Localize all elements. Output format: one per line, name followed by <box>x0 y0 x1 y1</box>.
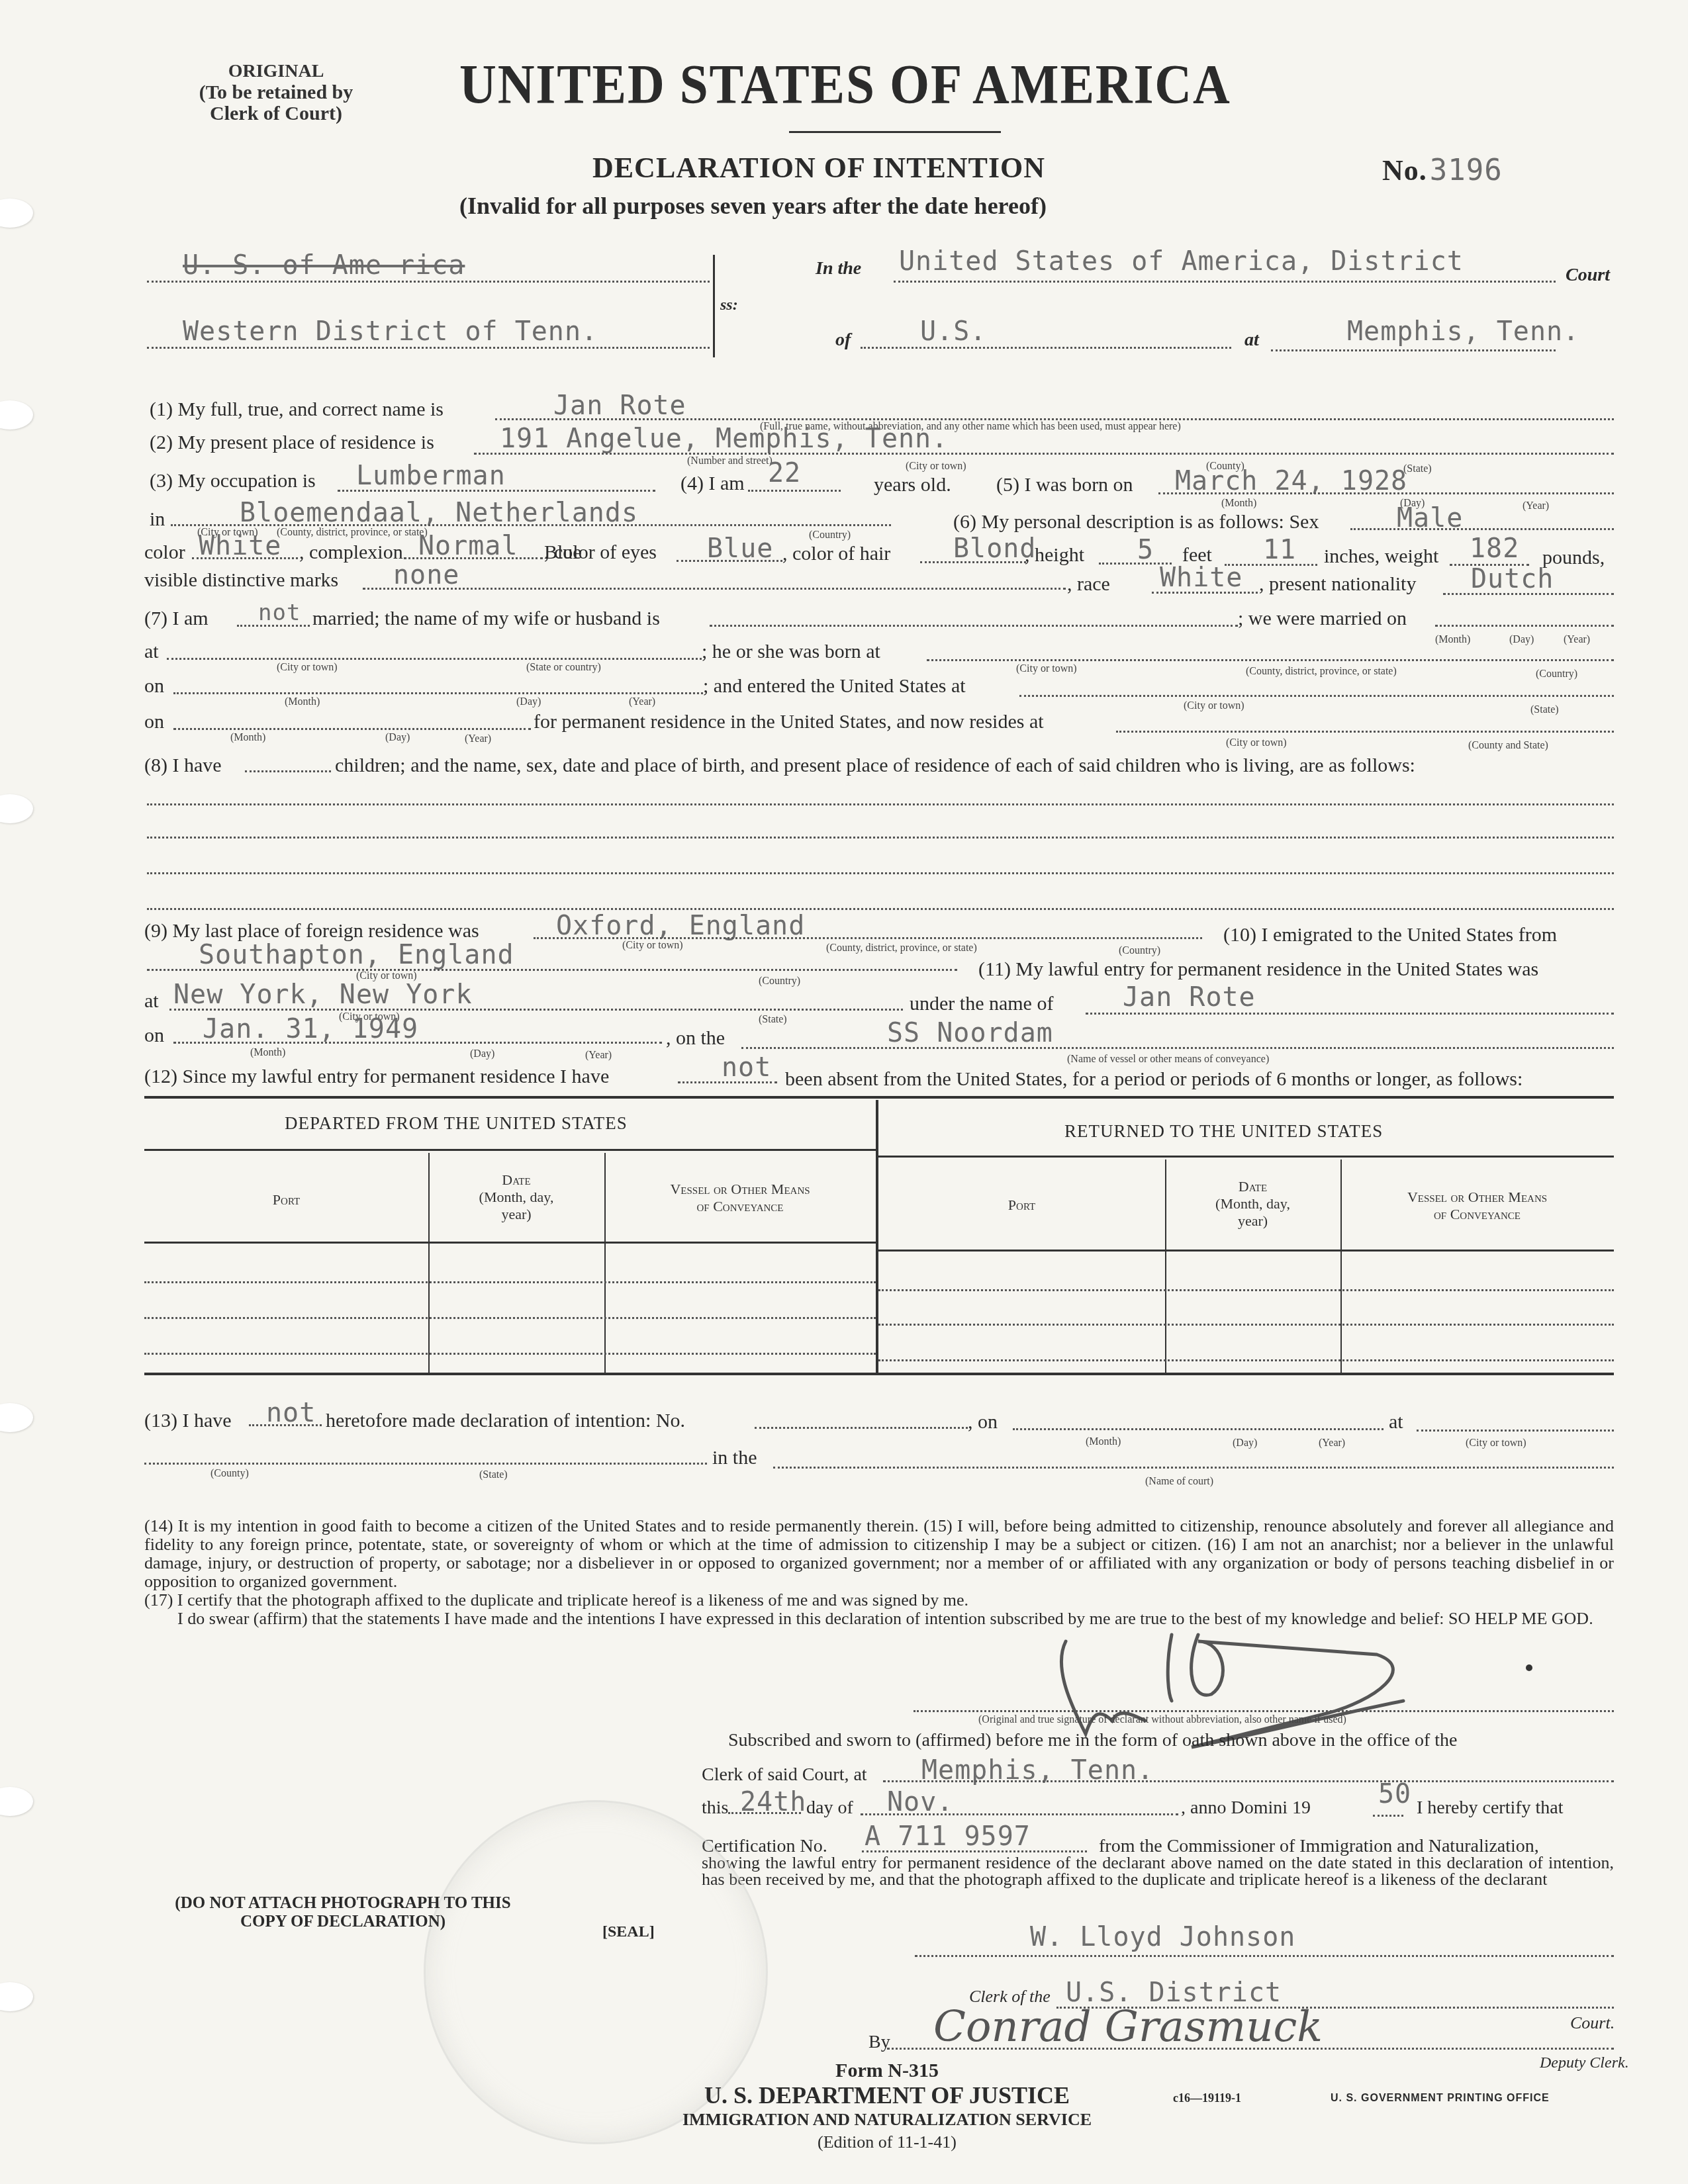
underline <box>237 625 310 627</box>
vessel-title-1: Vessel or Other Means <box>604 1181 876 1198</box>
q13-at: at <box>1389 1411 1403 1433</box>
hair-color-label: , color of hair <box>782 543 890 565</box>
q6-label: (6) My personal description is as follow… <box>953 511 1319 533</box>
q2-label: (2) My present place of residence is <box>150 432 434 454</box>
q3-label: (3) My occupation is <box>150 470 316 492</box>
entry-date-field[interactable]: Jan. 31, 1949 <box>203 1014 418 1044</box>
q1-label: (1) My full, true, and correct name is <box>150 398 444 421</box>
caption: (Day) <box>1233 1437 1257 1449</box>
prior-court-line[interactable] <box>773 1467 1614 1469</box>
number-label: No. <box>1382 154 1427 187</box>
q7-on2: on <box>144 711 164 733</box>
q8-text: children; and the name, sex, date and pl… <box>335 754 1415 777</box>
q4-suffix: years old. <box>874 474 951 496</box>
edition: (Edition of 11-1-41) <box>662 2131 1112 2154</box>
departed-header: DEPARTED FROM THE UNITED STATES <box>285 1113 628 1134</box>
q8-label: (8) I have <box>144 754 222 777</box>
vessel-caption: (Name of vessel or other means of convey… <box>1067 1054 1269 1066</box>
table-center-divider <box>876 1100 878 1373</box>
complexion-label: , complexion <box>299 541 403 564</box>
residence-field[interactable]: 191 Angelue, Memphis, Tenn. <box>500 424 948 454</box>
marriage-place-line[interactable] <box>167 658 702 660</box>
departed-header-rule <box>144 1149 876 1151</box>
underline <box>1158 492 1614 494</box>
absence-field[interactable]: not <box>722 1052 771 1083</box>
underline <box>915 1955 1614 1957</box>
caption: (Day) <box>385 732 410 744</box>
caption: (County) <box>211 1468 249 1480</box>
certification-number-field[interactable]: A 711 9597 <box>865 1821 1031 1852</box>
caption: (City or town) <box>1184 700 1244 712</box>
caption: (Year) <box>465 733 491 745</box>
entry-name-field[interactable]: Jan Rote <box>1123 982 1256 1013</box>
marriage-date-line[interactable] <box>1435 625 1614 627</box>
spouse-residence-date-line[interactable] <box>173 728 531 730</box>
q7-married-on: ; we were married on <box>1238 608 1407 630</box>
underline <box>862 1850 1087 1852</box>
department-name: U. S. DEPARTMENT OF JUSTICE <box>662 2082 1112 2109</box>
number-value: 3196 <box>1430 154 1503 187</box>
returned-port-header: Port <box>878 1197 1165 1214</box>
children-count-line[interactable] <box>245 770 331 772</box>
table-row[interactable] <box>144 1353 876 1355</box>
race-field[interactable]: White <box>1160 563 1243 593</box>
deputy-clerk-label: Deputy Clerk. <box>1540 2054 1629 2072</box>
vessel-title-2: of Conveyance <box>604 1198 876 1215</box>
caption: (County, district, province, or state) <box>826 942 977 954</box>
vessel-title-2: of Conveyance <box>1340 1206 1614 1223</box>
caption: (Month) <box>1086 1436 1121 1448</box>
underline <box>678 1081 777 1083</box>
caption: (State) <box>1530 704 1559 716</box>
underline <box>728 1812 801 1814</box>
date-title: Date <box>1165 1178 1340 1195</box>
punch-hole <box>0 794 33 823</box>
deputy-signature-line[interactable] <box>887 2048 1614 2050</box>
full-name-field[interactable]: Jan Rote <box>553 390 686 421</box>
caption: (Year) <box>1319 1437 1345 1449</box>
spouse-birthplace-line[interactable] <box>927 659 1614 661</box>
q5-caption-month: (Month) <box>1221 498 1256 510</box>
punch-hole <box>0 1982 33 2011</box>
spouse-entry-place-line[interactable] <box>1019 695 1614 697</box>
punch-hole <box>0 1403 33 1432</box>
hair-color-field[interactable]: Blond <box>953 533 1036 564</box>
underline <box>171 524 891 526</box>
race-label: , race <box>1067 573 1110 596</box>
caption: (County, district, province, or state) <box>1246 666 1397 678</box>
caption: (State) <box>759 1014 787 1026</box>
q12-label: (12) Since my lawful entry for permanent… <box>144 1066 609 1088</box>
underline <box>1086 1013 1614 1015</box>
ss-label: ss: <box>720 296 738 314</box>
birthplace-caption-country: (Country) <box>809 529 851 541</box>
caption: (Month) <box>250 1047 285 1059</box>
oath-paragraph-14-16: (14) It is my intention in good faith to… <box>144 1517 1614 1591</box>
at-label: at <box>1244 330 1259 351</box>
nationality-label: , present nationality <box>1259 573 1416 596</box>
prior-number-line[interactable] <box>755 1427 968 1429</box>
form-subtitle: DECLARATION OF INTENTION <box>592 151 1045 185</box>
photo-note: (DO NOT ATTACH PHOTOGRAPH TO THIS COPY O… <box>158 1894 528 1931</box>
q7-at: at <box>144 641 159 663</box>
seal-label: [SEAL] <box>602 1923 655 1941</box>
entry-place-field[interactable]: New York, New York <box>173 979 472 1010</box>
height-feet-field[interactable]: 5 <box>1137 535 1154 565</box>
print-code: c16—19119-1 <box>1173 2091 1241 2105</box>
jurat-subscribed: Subscribed and sworn to (affirmed) befor… <box>728 1730 1458 1751</box>
underline <box>1350 528 1614 530</box>
q9-label: (9) My last place of foreign residence w… <box>144 920 479 942</box>
q7-entered: ; and entered the United States at <box>703 675 966 698</box>
oath-swear-paragraph: I do swear (affirm) that the statements … <box>144 1610 1614 1628</box>
date-sub-1: (Month, day, <box>1165 1195 1340 1212</box>
marks-label: visible distinctive marks <box>144 569 338 592</box>
departed-date-header: Date (Month, day, year) <box>428 1171 604 1223</box>
form-footer: Form N-315 U. S. DEPARTMENT OF JUSTICE I… <box>662 2060 1112 2154</box>
children-line-2[interactable] <box>147 837 1614 839</box>
caption: (Country) <box>1536 668 1577 680</box>
underline <box>147 969 957 971</box>
spouse-entry-date-line[interactable] <box>173 692 703 694</box>
punch-hole <box>0 1787 33 1816</box>
height-label: , height <box>1025 544 1084 567</box>
punch-hole <box>0 199 33 228</box>
prior-city-line[interactable] <box>1417 1430 1614 1432</box>
q13-in-the: in the <box>712 1447 757 1469</box>
at-field[interactable]: Memphis, Tenn. <box>1347 316 1579 347</box>
punch-hole <box>0 400 33 430</box>
venue-left-2[interactable]: Western District of Tenn. <box>183 316 598 347</box>
returned-subheader-rule <box>878 1250 1614 1251</box>
birthplace-caption-county: (County, district, province, or state) <box>277 527 428 539</box>
underline <box>169 1009 903 1011</box>
returned-date-header: Date (Month, day, year) <box>1165 1178 1340 1230</box>
clerk-at-label: Clerk of said Court, at <box>702 1764 867 1786</box>
prior-date-line[interactable] <box>1013 1428 1383 1430</box>
table-row[interactable] <box>878 1359 1614 1361</box>
original-note-2: Clerk of Court) <box>154 103 399 124</box>
caption: (City or town) <box>1466 1437 1526 1449</box>
departed-port-header: Port <box>144 1191 428 1208</box>
original-note-1: (To be retained by <box>154 82 399 103</box>
date-title: Date <box>428 1171 604 1189</box>
caption: (Day) <box>516 696 541 708</box>
title-rule <box>789 131 1001 133</box>
returned-header-rule <box>878 1156 1614 1158</box>
declaration-number: No. 3196 <box>1382 154 1503 187</box>
date-sub-2: year) <box>1165 1212 1340 1230</box>
underline <box>1271 349 1556 351</box>
of-field[interactable]: U.S. <box>920 316 986 347</box>
spouse-residence-line[interactable] <box>1116 731 1614 733</box>
spouse-name-line[interactable] <box>710 625 1238 627</box>
q13-label: (13) I have <box>144 1410 232 1432</box>
caption: (Country) <box>1119 945 1160 957</box>
q4-label: (4) I am <box>680 473 745 495</box>
q12-text: been absent from the United States, for … <box>785 1068 1523 1091</box>
underline <box>338 490 655 492</box>
departed-subheader-rule <box>144 1242 876 1244</box>
by-label: By <box>868 2032 890 2053</box>
in-the-label: In the <box>816 258 861 279</box>
table-bottom-rule <box>144 1373 1614 1375</box>
declaration-document: ORIGINAL (To be retained by Clerk of Cou… <box>0 0 1688 2184</box>
underline <box>495 418 1614 420</box>
height-inches-field[interactable]: 11 <box>1263 535 1296 565</box>
q7-permanent: for permanent residence in the United St… <box>534 711 1044 733</box>
q5-label: (5) I was born on <box>996 474 1133 496</box>
underline <box>861 1813 1178 1815</box>
brace <box>713 255 715 357</box>
photo-note-1: (DO NOT ATTACH PHOTOGRAPH TO THIS <box>158 1894 528 1913</box>
caption: (State or country) <box>526 662 601 674</box>
court-name-field[interactable]: United States of America, District <box>899 246 1464 277</box>
underline <box>861 347 1231 349</box>
this-label: this <box>702 1797 728 1819</box>
prior-county-state-line[interactable] <box>144 1463 707 1465</box>
underline <box>1373 1815 1403 1817</box>
q11-at: at <box>144 990 159 1013</box>
q7-text: married; the name of my wife or husband … <box>312 608 660 630</box>
form-number: Form N-315 <box>662 2060 1112 2082</box>
caption: (Month) <box>285 696 320 708</box>
q2-caption-street: (Number and street) <box>687 455 773 467</box>
eye-color-label: , color of eyes <box>544 541 657 564</box>
q7-on: on <box>144 675 164 698</box>
court-label: Court <box>1566 265 1610 286</box>
q2-caption-state: (State) <box>1403 463 1432 475</box>
photo-note-2: COPY OF DECLARATION) <box>158 1913 528 1931</box>
q11-on: on <box>144 1024 164 1047</box>
court-label: Court. <box>1570 2013 1615 2033</box>
returned-header: RETURNED TO THE UNITED STATES <box>1064 1121 1383 1142</box>
validity-note: (Invalid for all purposes seven years af… <box>459 192 1047 220</box>
q13-text: heretofore made declaration of intention… <box>326 1410 685 1432</box>
original-title: ORIGINAL <box>154 61 399 82</box>
caption: (Month) <box>230 732 265 744</box>
in-label: in <box>150 508 165 531</box>
q13-on: , on <box>968 1411 998 1433</box>
q5-caption-year: (Year) <box>1523 500 1549 512</box>
q10-label: (10) I emigrated to the United States fr… <box>1223 924 1557 946</box>
inches-weight-label: inches, weight <box>1324 545 1438 568</box>
underline <box>741 1047 1614 1049</box>
children-line-3[interactable] <box>147 872 1614 874</box>
caption: (City or town) <box>1016 663 1077 675</box>
of-label: of <box>835 330 851 351</box>
underline <box>249 1424 322 1426</box>
caption: (State) <box>479 1469 508 1481</box>
oath-paragraph-17: (17) I certify that the photograph affix… <box>144 1591 1614 1610</box>
occupation-field[interactable]: Lumberman <box>356 461 506 491</box>
day-of-label: day of <box>806 1797 853 1819</box>
age-field[interactable]: 22 <box>768 458 801 488</box>
underline <box>474 453 1614 455</box>
table-row[interactable] <box>878 1324 1614 1326</box>
caption: (Name of court) <box>1145 1476 1213 1488</box>
underline <box>192 557 298 559</box>
page-title: UNITED STATES OF AMERICA <box>459 53 1231 117</box>
caption: (City or town) <box>622 940 683 952</box>
marks-field[interactable]: none <box>393 560 459 590</box>
underline <box>404 557 543 559</box>
caption: (City or town) <box>1226 737 1287 749</box>
underline <box>173 1042 662 1044</box>
color-label: color <box>144 541 185 564</box>
jurat-year-field[interactable]: 50 <box>1378 1779 1411 1809</box>
caption-day: (Day) <box>1509 634 1534 646</box>
caption: (Day) <box>470 1048 494 1060</box>
q7-born-at: ; he or she was born at <box>702 641 880 663</box>
underline <box>920 561 1026 563</box>
nationality-field[interactable]: Dutch <box>1471 564 1554 594</box>
original-label: ORIGINAL (To be retained by Clerk of Cou… <box>154 61 399 124</box>
caption: (Year) <box>629 696 655 708</box>
caption: (Year) <box>585 1050 612 1062</box>
table-row[interactable] <box>144 1281 876 1283</box>
vessel-field[interactable]: SS Noordam <box>887 1018 1053 1048</box>
table-row[interactable] <box>144 1317 876 1319</box>
caption: (County and State) <box>1468 740 1548 752</box>
q11-label: (11) My lawful entry for permanent resid… <box>978 958 1538 981</box>
underline <box>1443 593 1614 595</box>
venue-left-1[interactable]: U. S. of Ame rica <box>183 250 465 281</box>
vessel-title-1: Vessel or Other Means <box>1340 1189 1614 1206</box>
date-sub-1: (Month, day, <box>428 1189 604 1206</box>
table-row[interactable] <box>878 1289 1614 1291</box>
weight-field[interactable]: 182 <box>1470 533 1519 564</box>
table-top-rule <box>144 1096 1614 1099</box>
underline <box>894 281 1556 283</box>
service-name: IMMIGRATION AND NATURALIZATION SERVICE <box>662 2109 1112 2131</box>
underline <box>147 347 710 349</box>
returned-vessel-header: Vessel or Other Means of Conveyance <box>1340 1189 1614 1223</box>
date-sub-2: year) <box>428 1206 604 1223</box>
underline <box>363 588 1066 590</box>
caption: (City or town) <box>277 662 338 674</box>
q11-under-name: under the name of <box>910 993 1053 1015</box>
certify-label: I hereby certify that <box>1417 1797 1564 1819</box>
caption-year: (Year) <box>1564 634 1590 646</box>
signature-caption: (Original and true signature of declaran… <box>978 1714 1346 1726</box>
emigrated-from-field[interactable]: Southapton, England <box>199 940 514 970</box>
caption: (Country) <box>759 976 800 987</box>
underline <box>147 281 710 283</box>
deputy-signature: Conrad Grasmuck <box>933 2003 1323 2052</box>
departed-vessel-header: Vessel or Other Means of Conveyance <box>604 1181 876 1215</box>
underline <box>748 490 841 492</box>
declarant-signature-line[interactable] <box>914 1710 1614 1712</box>
printer-name: U. S. GOVERNMENT PRINTING OFFICE <box>1331 2093 1550 2105</box>
q11-on-the: , on the <box>666 1027 725 1050</box>
anno-domini-label: , anno Domini 19 <box>1181 1797 1311 1819</box>
children-line-4[interactable] <box>147 908 1614 910</box>
underline <box>677 560 782 562</box>
cert-text-2: showing the lawful entry for permanent r… <box>702 1854 1614 1888</box>
underline <box>883 1780 1614 1782</box>
marital-field[interactable]: not <box>258 600 301 626</box>
underline <box>1152 592 1258 594</box>
underline <box>534 937 1202 939</box>
q2-caption-city: (City or town) <box>906 461 966 473</box>
children-line-1[interactable] <box>147 803 1614 805</box>
q7-label: (7) I am <box>144 608 209 630</box>
caption-month: (Month) <box>1435 634 1470 646</box>
clerk-name-field[interactable]: W. Lloyd Johnson <box>1030 1922 1295 1952</box>
